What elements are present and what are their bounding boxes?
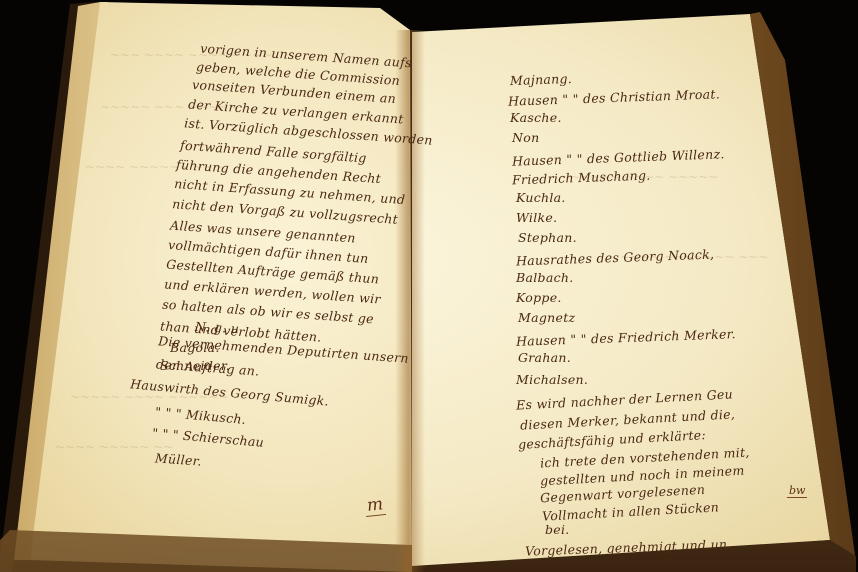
right-line-13: Magnetz [518,310,575,325]
signature-heading: N. g. u [195,319,240,336]
signature-name: Müller. [155,450,203,468]
right-line-7: Kuchla. [516,190,566,205]
page-initial-mark: m [364,494,386,517]
right-line-24: bei. [545,522,570,537]
right-line-16: Michalsen. [516,372,588,387]
right-line-4: Non [512,130,539,145]
signature-name: Bagola. [170,340,220,355]
right-line-12: Koppe. [516,290,562,305]
right-line-3: Kasche. [510,110,562,125]
photo-scene: ~~~ ~~~~ ~~~~~ ~~~ ~~~~~ ~~~ ~~~~~ ~~~~ … [0,0,858,572]
right-line-8: Wilke. [516,210,557,225]
right-line-15: Grahan. [518,350,571,365]
right-line-9: Stephan. [518,230,577,245]
right-line-1: Majnang. [510,71,573,88]
right-line-11: Balbach. [516,270,574,285]
signature-name: Schneider. [160,358,230,373]
page-initial-mark-right: bw [787,484,807,498]
